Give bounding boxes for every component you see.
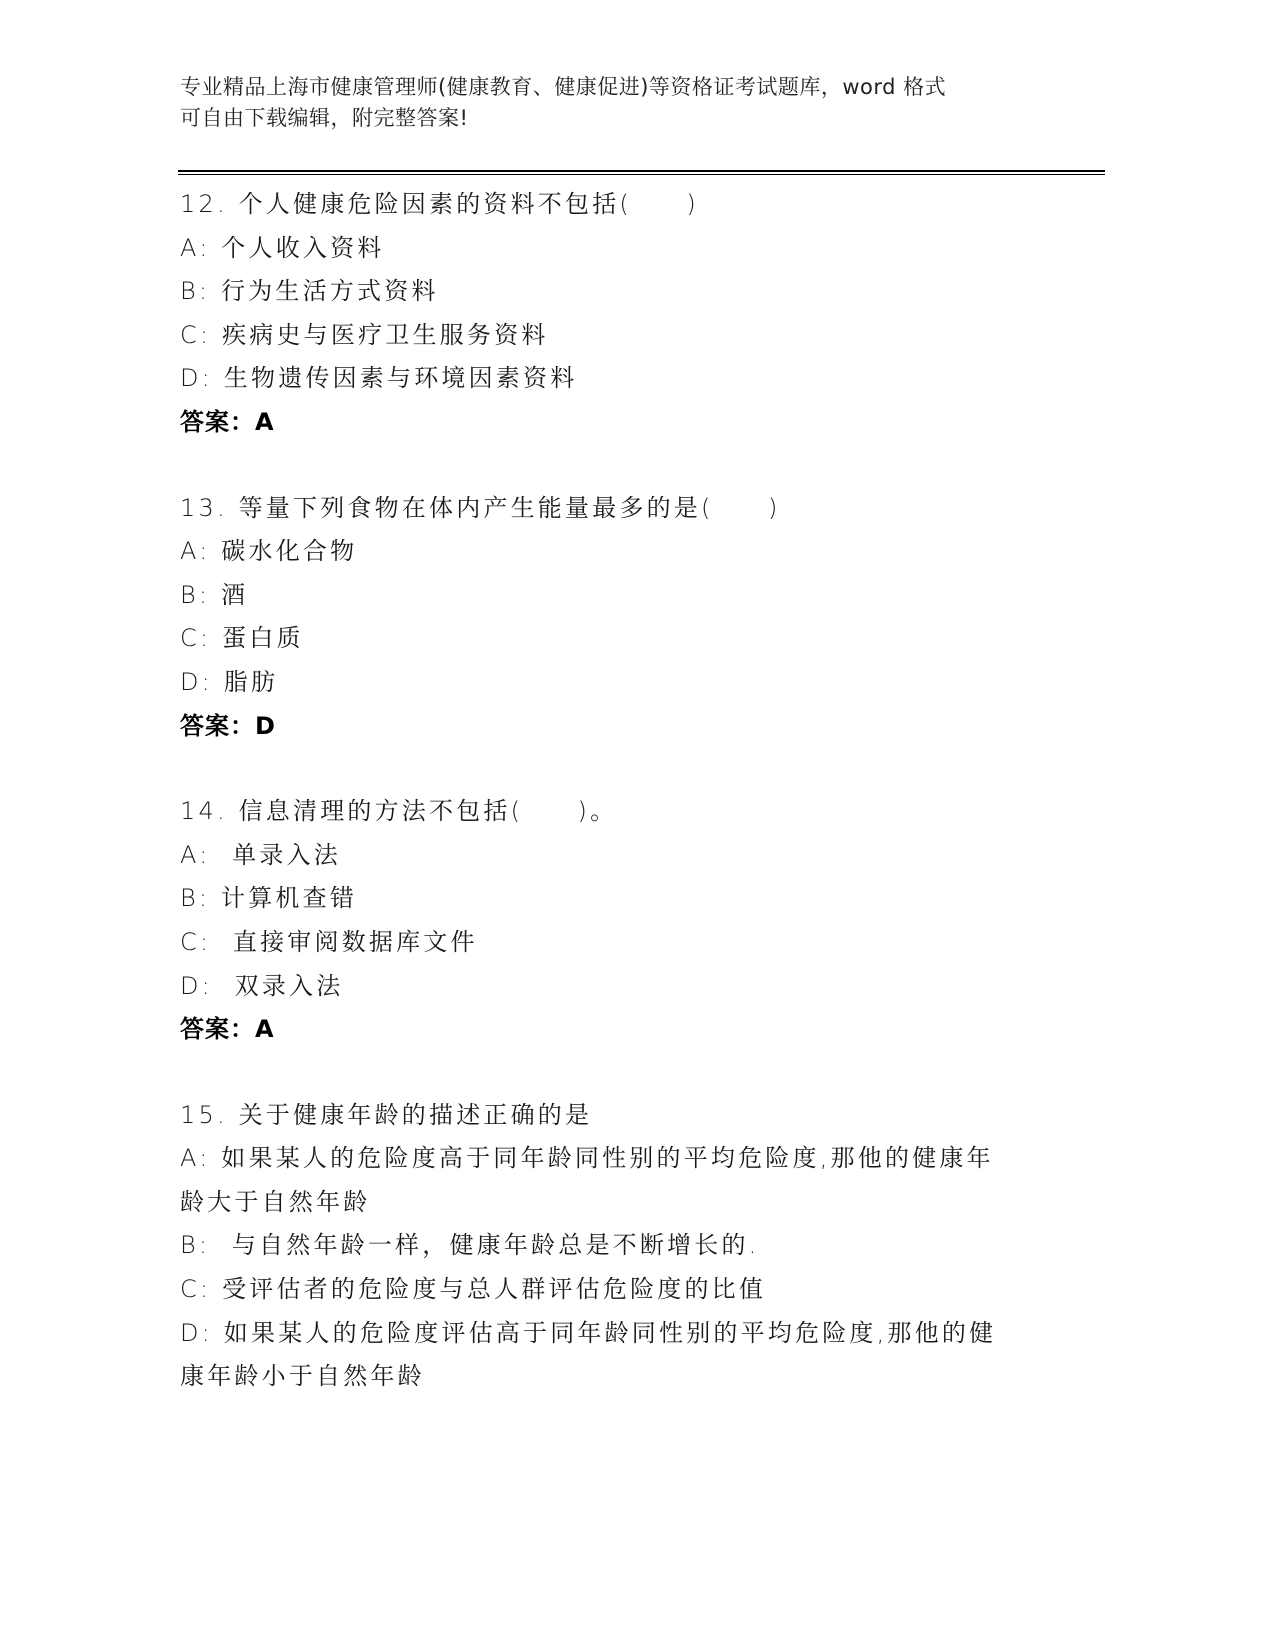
option-d: D: 生物遗传因素与环境因素资料: [180, 357, 1080, 401]
answer-line: 答案：A: [180, 401, 1080, 445]
option-a-continued: 龄大于自然年龄: [180, 1181, 1080, 1225]
divider-thin-line: [178, 174, 1105, 175]
option-b: B: 与自然年龄一样，健康年龄总是不断增长的.: [180, 1224, 1080, 1268]
option-c: C: 蛋白质: [180, 617, 1080, 661]
answer-line: 答案：A: [180, 1008, 1080, 1052]
option-d: D: 脂肪: [180, 661, 1080, 705]
option-d-continued: 康年龄小于自然年龄: [180, 1355, 1080, 1399]
question-12: 12. 个人健康危险因素的资料不包括( ) A: 个人收入资料 B: 行为生活方…: [180, 183, 1080, 445]
header-line-1: 专业精品上海市健康管理师(健康教育、健康促进)等资格证考试题库，word 格式: [180, 72, 1040, 103]
document-page: 专业精品上海市健康管理师(健康教育、健康促进)等资格证考试题库，word 格式 …: [0, 0, 1275, 1650]
option-a: A: 单录入法: [180, 834, 1080, 878]
divider-thick-line: [178, 170, 1105, 172]
option-c: C: 疾病史与医疗卫生服务资料: [180, 314, 1080, 358]
question-stem: 14. 信息清理的方法不包括( )。: [180, 790, 1080, 834]
option-d: D: 双录入法: [180, 965, 1080, 1009]
header-divider: [178, 170, 1105, 177]
option-b: B: 计算机查错: [180, 877, 1080, 921]
document-header: 专业精品上海市健康管理师(健康教育、健康促进)等资格证考试题库，word 格式 …: [180, 72, 1040, 134]
question-stem: 15. 关于健康年龄的描述正确的是: [180, 1094, 1080, 1138]
option-a: A: 个人收入资料: [180, 227, 1080, 271]
option-c: C: 直接审阅数据库文件: [180, 921, 1080, 965]
option-b: B: 行为生活方式资料: [180, 270, 1080, 314]
header-line-2: 可自由下载编辑，附完整答案!: [180, 103, 1040, 134]
question-14: 14. 信息清理的方法不包括( )。 A: 单录入法 B: 计算机查错 C: 直…: [180, 790, 1080, 1052]
option-d: D: 如果某人的危险度评估高于同年龄同性别的平均危险度,那他的健: [180, 1312, 1080, 1356]
option-a: A: 如果某人的危险度高于同年龄同性别的平均危险度,那他的健康年: [180, 1137, 1080, 1181]
question-stem: 13. 等量下列食物在体内产生能量最多的是( ): [180, 487, 1080, 531]
option-b: B: 酒: [180, 574, 1080, 618]
question-15: 15. 关于健康年龄的描述正确的是 A: 如果某人的危险度高于同年龄同性别的平均…: [180, 1094, 1080, 1399]
option-c: C: 受评估者的危险度与总人群评估危险度的比值: [180, 1268, 1080, 1312]
option-a: A: 碳水化合物: [180, 530, 1080, 574]
question-13: 13. 等量下列食物在体内产生能量最多的是( ) A: 碳水化合物 B: 酒 C…: [180, 487, 1080, 749]
question-list: 12. 个人健康危险因素的资料不包括( ) A: 个人收入资料 B: 行为生活方…: [180, 183, 1080, 1399]
question-stem: 12. 个人健康危险因素的资料不包括( ): [180, 183, 1080, 227]
answer-line: 答案：D: [180, 705, 1080, 749]
